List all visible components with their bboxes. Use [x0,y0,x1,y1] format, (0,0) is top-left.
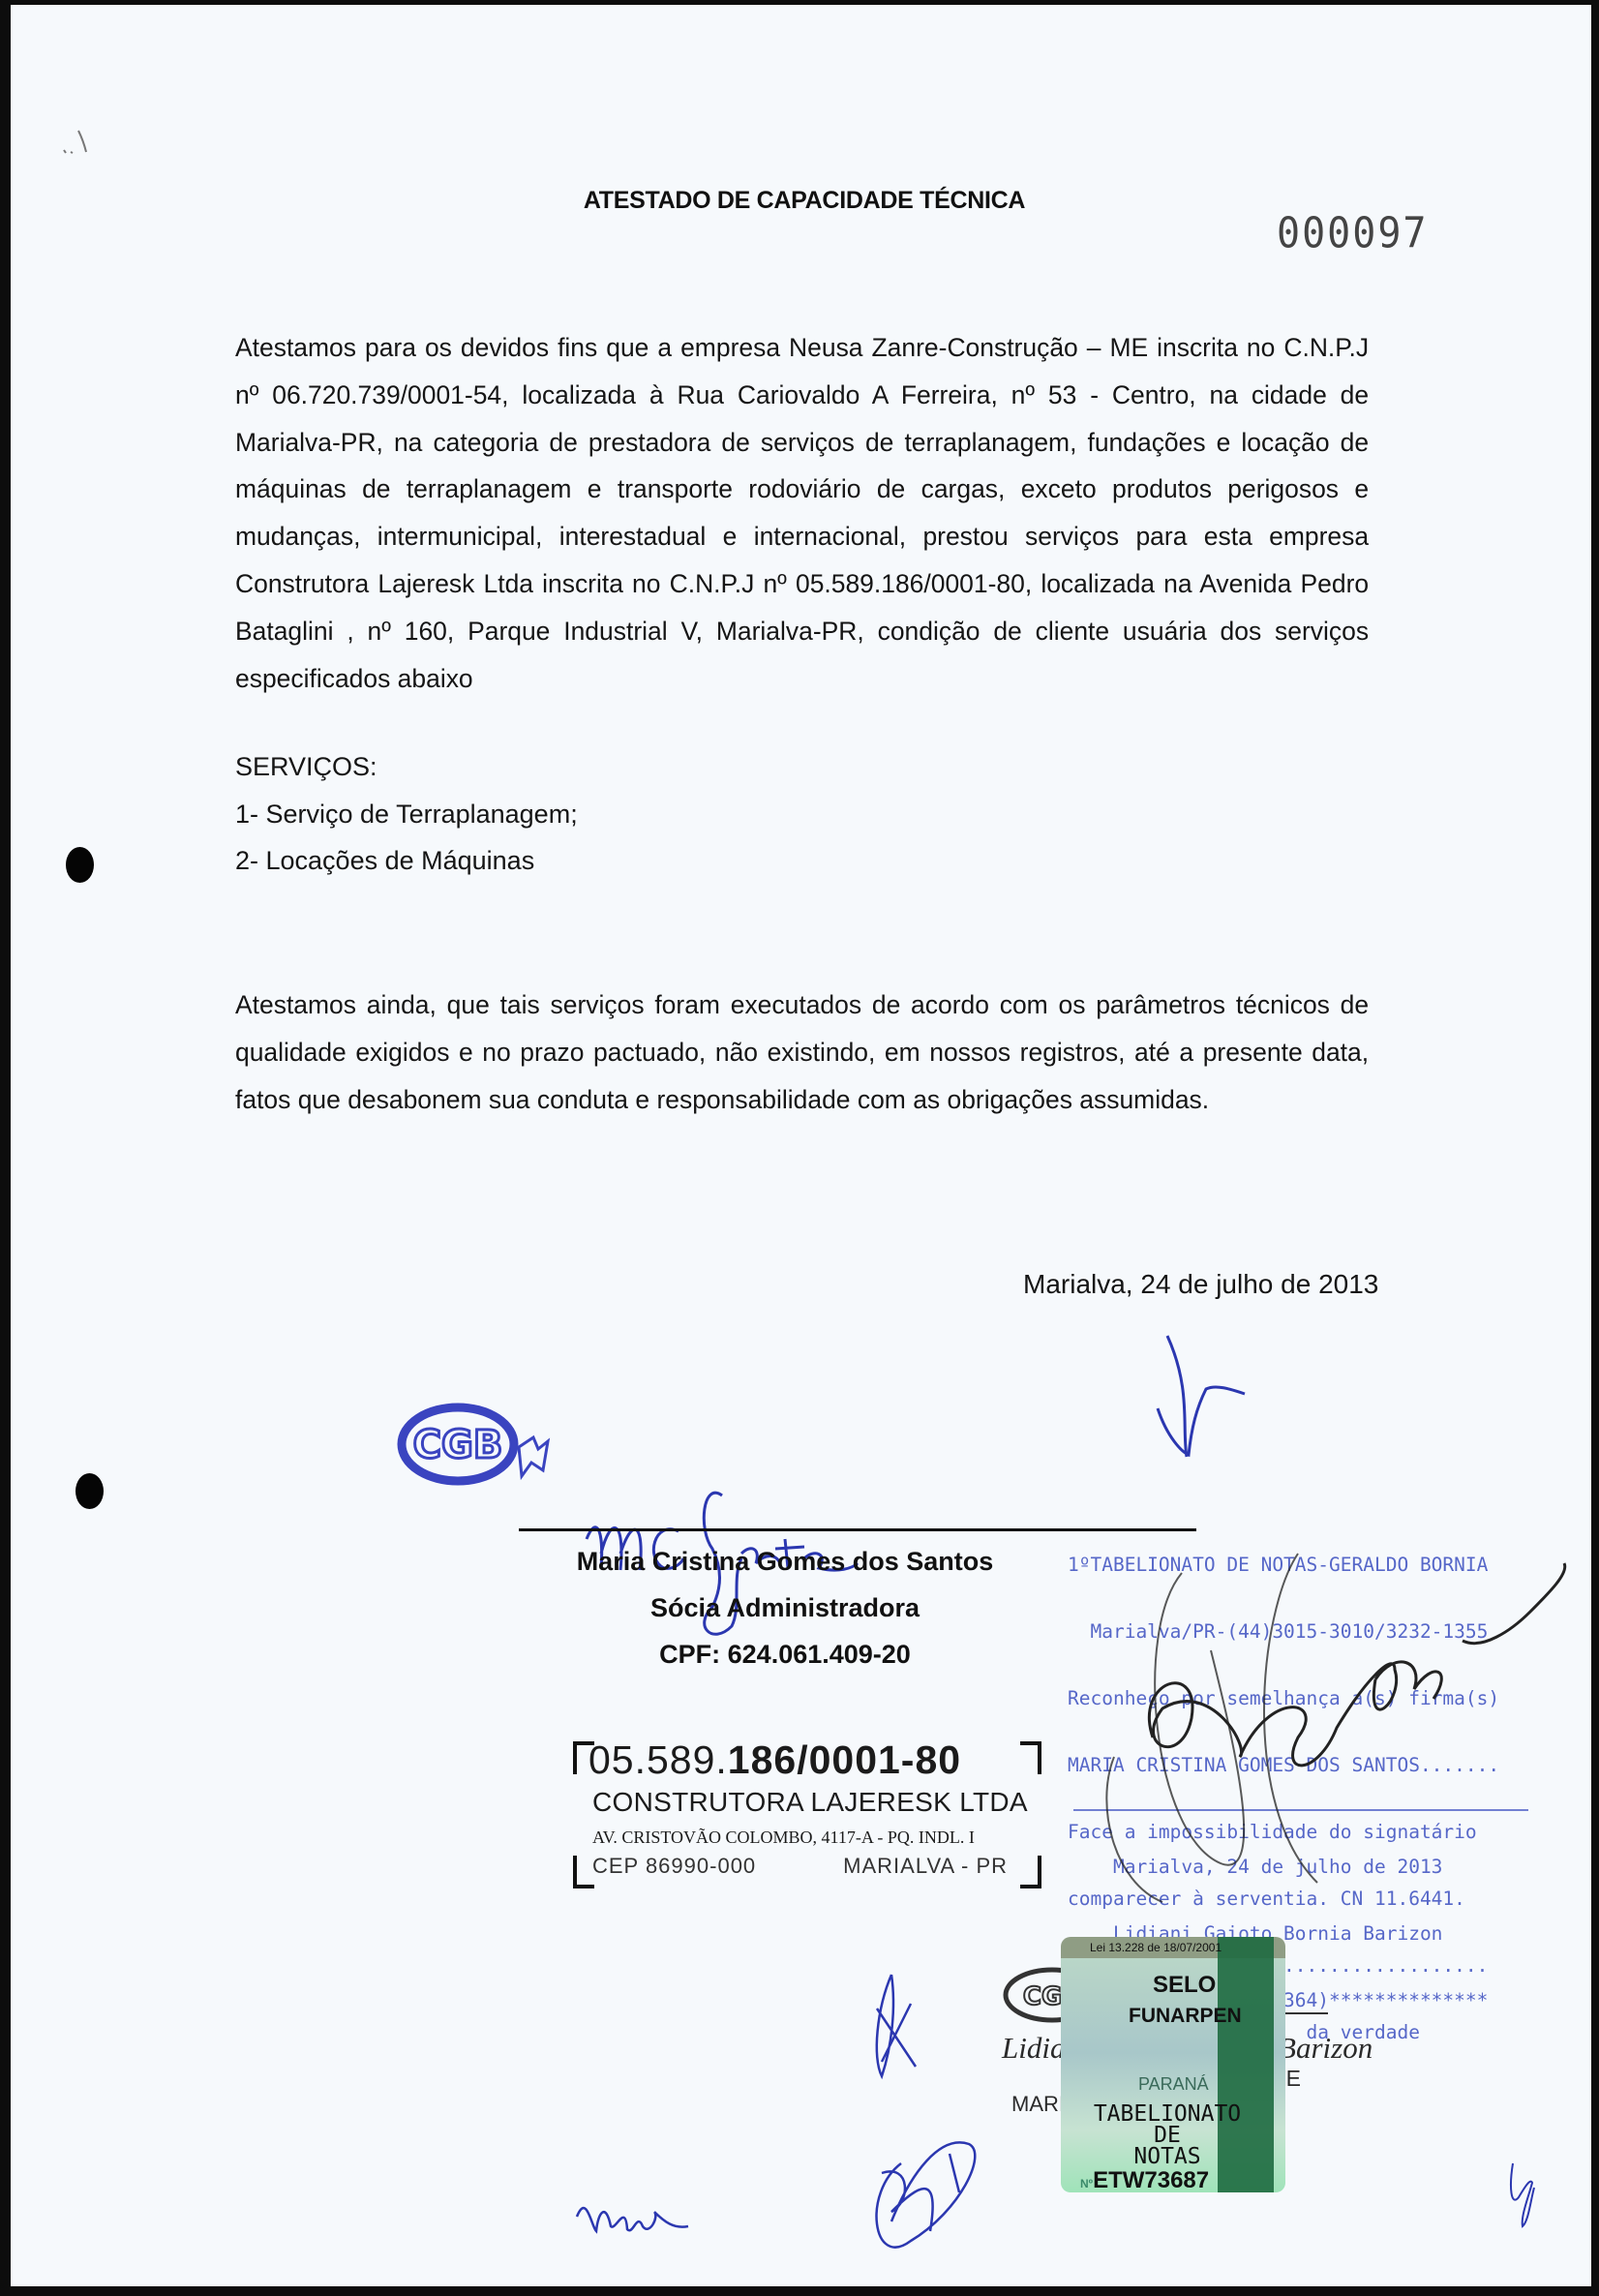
services-list: SERVIÇOS: 1- Serviço de Terraplanagem; 2… [235,743,578,885]
service-item: 2- Locações de Máquinas [235,837,578,885]
seal-issuer: FUNARPEN [1129,2005,1242,2028]
serial-number: 000097 [1277,209,1429,258]
scan-mark [49,111,127,169]
signer-block: Maria Cristina Gomes dos Santos Sócia Ad… [514,1538,1056,1677]
attestation-paragraph: Atestamos para os devidos fins que a emp… [235,324,1369,702]
handwritten-neusa [567,2144,761,2251]
signer-cpf: CPF: 624.061.409-20 [514,1631,1056,1677]
funarpen-seal: Lei 13.228 de 18/07/2001 SELO FUNARPEN P… [1061,1937,1285,2192]
stamp-company-name: CONSTRUTORA LAJERESK LTDA [575,1787,1030,1818]
service-item: 1- Serviço de Terraplanagem; [235,791,578,838]
handwritten-initials [1501,2159,1550,2236]
document-title: ATESTADO DE CAPACIDADE TÉCNICA [553,187,1056,215]
punch-hole [66,847,94,883]
stamp-corner [1020,1741,1041,1774]
stamp-corner [573,1856,594,1888]
company-cnpj-stamp: 05.589.186/0001-80 CONSTRUTORA LAJERESK … [575,1737,1030,1879]
initials-mark [867,1970,925,2086]
stamp-address: AV. CRISTOVÃO COLOMBO, 4117-A - PQ. INDL… [575,1828,1030,1848]
notary-signature [1075,1515,1579,1921]
seal-state: PARANÁ [1138,2074,1209,2095]
initials-signature [1138,1331,1254,1476]
signer-name: Maria Cristina Gomes dos Santos [514,1538,1056,1585]
handwritten-scribble [853,2134,1008,2270]
stamp-corner [573,1741,594,1774]
seal-label: SELO [1153,1972,1216,1999]
punch-hole [75,1473,104,1509]
signer-role: Sócia Administradora [514,1585,1056,1631]
stamp-corner [1020,1856,1041,1888]
seal-law: Lei 13.228 de 18/07/2001 [1090,1941,1222,1954]
seal-office-line: NOTAS [1071,2144,1264,2169]
place-date: Marialva, 24 de julho de 2013 [1023,1269,1378,1300]
conclusion-paragraph: Atestamos ainda, que tais serviços foram… [235,982,1369,1123]
svg-text:CGB: CGB [413,1423,503,1467]
stamp-cep-city: CEP 86990-000MARIALVA - PR [575,1854,1030,1879]
seal-number: NºETW73687 [1080,2167,1209,2192]
document-page: ATESTADO DE CAPACIDADE TÉCNICA 000097 At… [11,5,1591,2286]
company-logo-stamp-icon: CGB [398,1404,572,1491]
services-heading: SERVIÇOS: [235,743,578,791]
stamp-cnpj: 05.589.186/0001-80 [575,1737,1030,1783]
